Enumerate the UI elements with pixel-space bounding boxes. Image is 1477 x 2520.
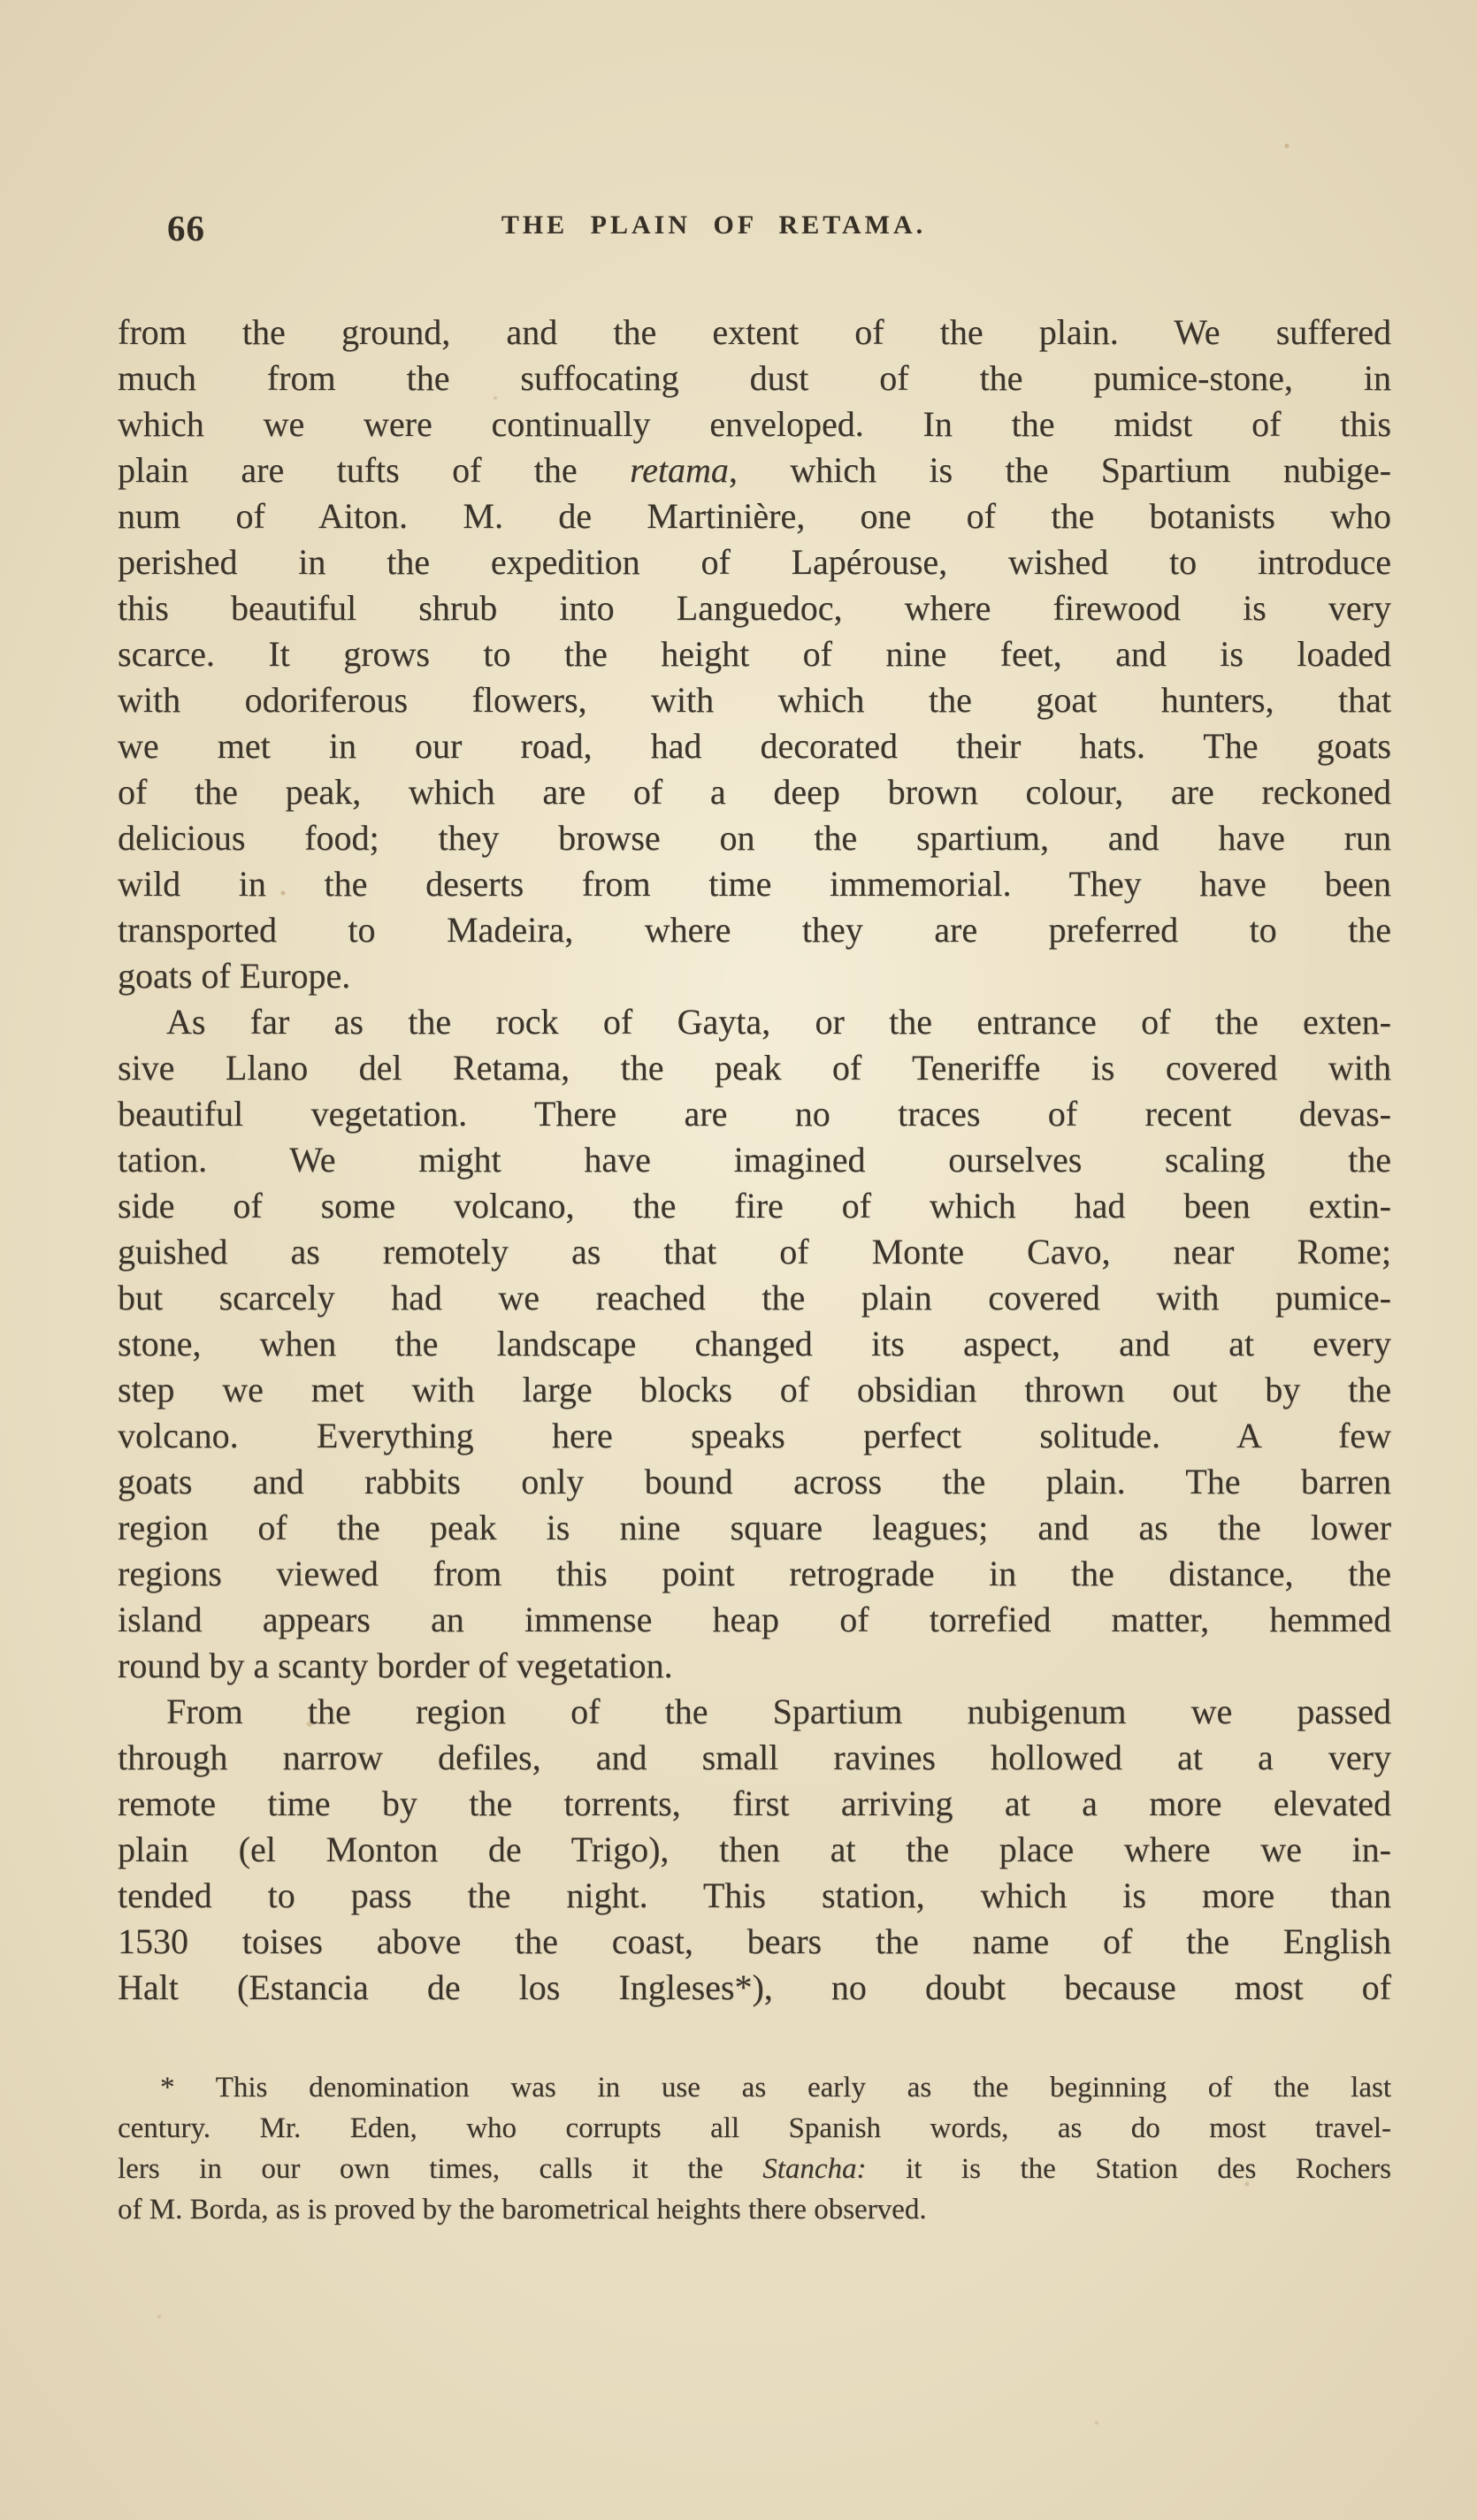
text-line: tended to pass the night. This station, … xyxy=(118,1873,1391,1919)
page-column: 66 THE PLAIN OF RETAMA. from the ground,… xyxy=(118,0,1391,2520)
text-line: round by a scanty border of vegetation. xyxy=(118,1643,1391,1689)
footnote-line: lers in our own times, calls it the Stan… xyxy=(118,2149,1391,2189)
text-line: As far as the rock of Gayta, or the entr… xyxy=(118,999,1391,1045)
text-line: step we met with large blocks of obsidia… xyxy=(118,1367,1391,1413)
footnote: * This denomination was in use as early … xyxy=(118,2067,1391,2230)
italic-text: retama xyxy=(630,450,729,490)
text-line: island appears an immense heap of torref… xyxy=(118,1597,1391,1643)
text-line: guished as remotely as that of Monte Cav… xyxy=(118,1229,1391,1275)
paragraph: From the region of the Spartium nubigenu… xyxy=(118,1689,1391,2011)
text-line: regions viewed from this point retrograd… xyxy=(118,1551,1391,1597)
text-line: through narrow defiles, and small ravine… xyxy=(118,1735,1391,1781)
body-text: from the ground, and the extent of the p… xyxy=(118,309,1391,2011)
text-line: remote time by the torrents, first arriv… xyxy=(118,1781,1391,1827)
text-line: 1530 toises above the coast, bears the n… xyxy=(118,1919,1391,1965)
paragraph: As far as the rock of Gayta, or the entr… xyxy=(118,999,1391,1689)
text-segment: it is the Station des Rochers xyxy=(867,2153,1391,2185)
text-line: with odoriferous flowers, with which the… xyxy=(118,677,1391,723)
paragraph: from the ground, and the extent of the p… xyxy=(118,309,1391,999)
text-line: beautiful vegetation. There are no trace… xyxy=(118,1091,1391,1137)
text-line: stone, when the landscape changed its as… xyxy=(118,1321,1391,1367)
text-line: but scarcely had we reached the plain co… xyxy=(118,1275,1391,1321)
page-number: 66 xyxy=(167,207,205,249)
footnote-line: of M. Borda, as is proved by the baromet… xyxy=(118,2189,1391,2230)
text-line: goats of Europe. xyxy=(118,953,1391,999)
text-line: perished in the expedition of Lapérouse,… xyxy=(118,539,1391,585)
footnote-line: century. Mr. Eden, who corrupts all Span… xyxy=(118,2108,1391,2149)
italic-text: Stancha: xyxy=(762,2153,866,2185)
text-line: goats and rabbits only bound across the … xyxy=(118,1459,1391,1505)
text-line: plain (el Monton de Trigo), then at the … xyxy=(118,1827,1391,1873)
text-line: transported to Madeira, where they are p… xyxy=(118,907,1391,953)
text-line: from the ground, and the extent of the p… xyxy=(118,309,1391,355)
text-line: wild in the deserts from time immemorial… xyxy=(118,861,1391,907)
book-page: { "page": { "number": "66", "running_hea… xyxy=(0,0,1477,2520)
text-line: delicious food; they browse on the spart… xyxy=(118,815,1391,861)
text-line: tation. We might have imagined ourselves… xyxy=(118,1137,1391,1183)
text-line: plain are tufts of the retama, which is … xyxy=(118,447,1391,493)
text-line: Halt (Estancia de los Ingleses*), no dou… xyxy=(118,1965,1391,2011)
text-line: sive Llano del Retama, the peak of Tener… xyxy=(118,1045,1391,1091)
text-line: this beautiful shrub into Languedoc, whe… xyxy=(118,585,1391,631)
text-line: of the peak, which are of a deep brown c… xyxy=(118,769,1391,815)
text-segment: , which is the Spartium nubige- xyxy=(729,450,1391,490)
running-head: 66 THE PLAIN OF RETAMA. xyxy=(118,207,1391,248)
text-line: From the region of the Spartium nubigenu… xyxy=(118,1689,1391,1735)
text-line: which we were continually enveloped. In … xyxy=(118,401,1391,447)
text-line: num of Aiton. M. de Martinière, one of t… xyxy=(118,493,1391,539)
text-line: much from the suffocating dust of the pu… xyxy=(118,355,1391,401)
paragraph: * This denomination was in use as early … xyxy=(118,2067,1391,2230)
text-line: volcano. Everything here speaks perfect … xyxy=(118,1413,1391,1459)
text-line: side of some volcano, the fire of which … xyxy=(118,1183,1391,1229)
text-line: region of the peak is nine square league… xyxy=(118,1505,1391,1551)
running-header-title: THE PLAIN OF RETAMA. xyxy=(501,210,926,241)
footnote-line: * This denomination was in use as early … xyxy=(118,2067,1391,2108)
text-line: we met in our road, had decorated their … xyxy=(118,723,1391,769)
text-segment: plain are tufts of the xyxy=(118,450,630,490)
text-line: scarce. It grows to the height of nine f… xyxy=(118,631,1391,677)
text-segment: lers in our own times, calls it the xyxy=(118,2153,762,2185)
